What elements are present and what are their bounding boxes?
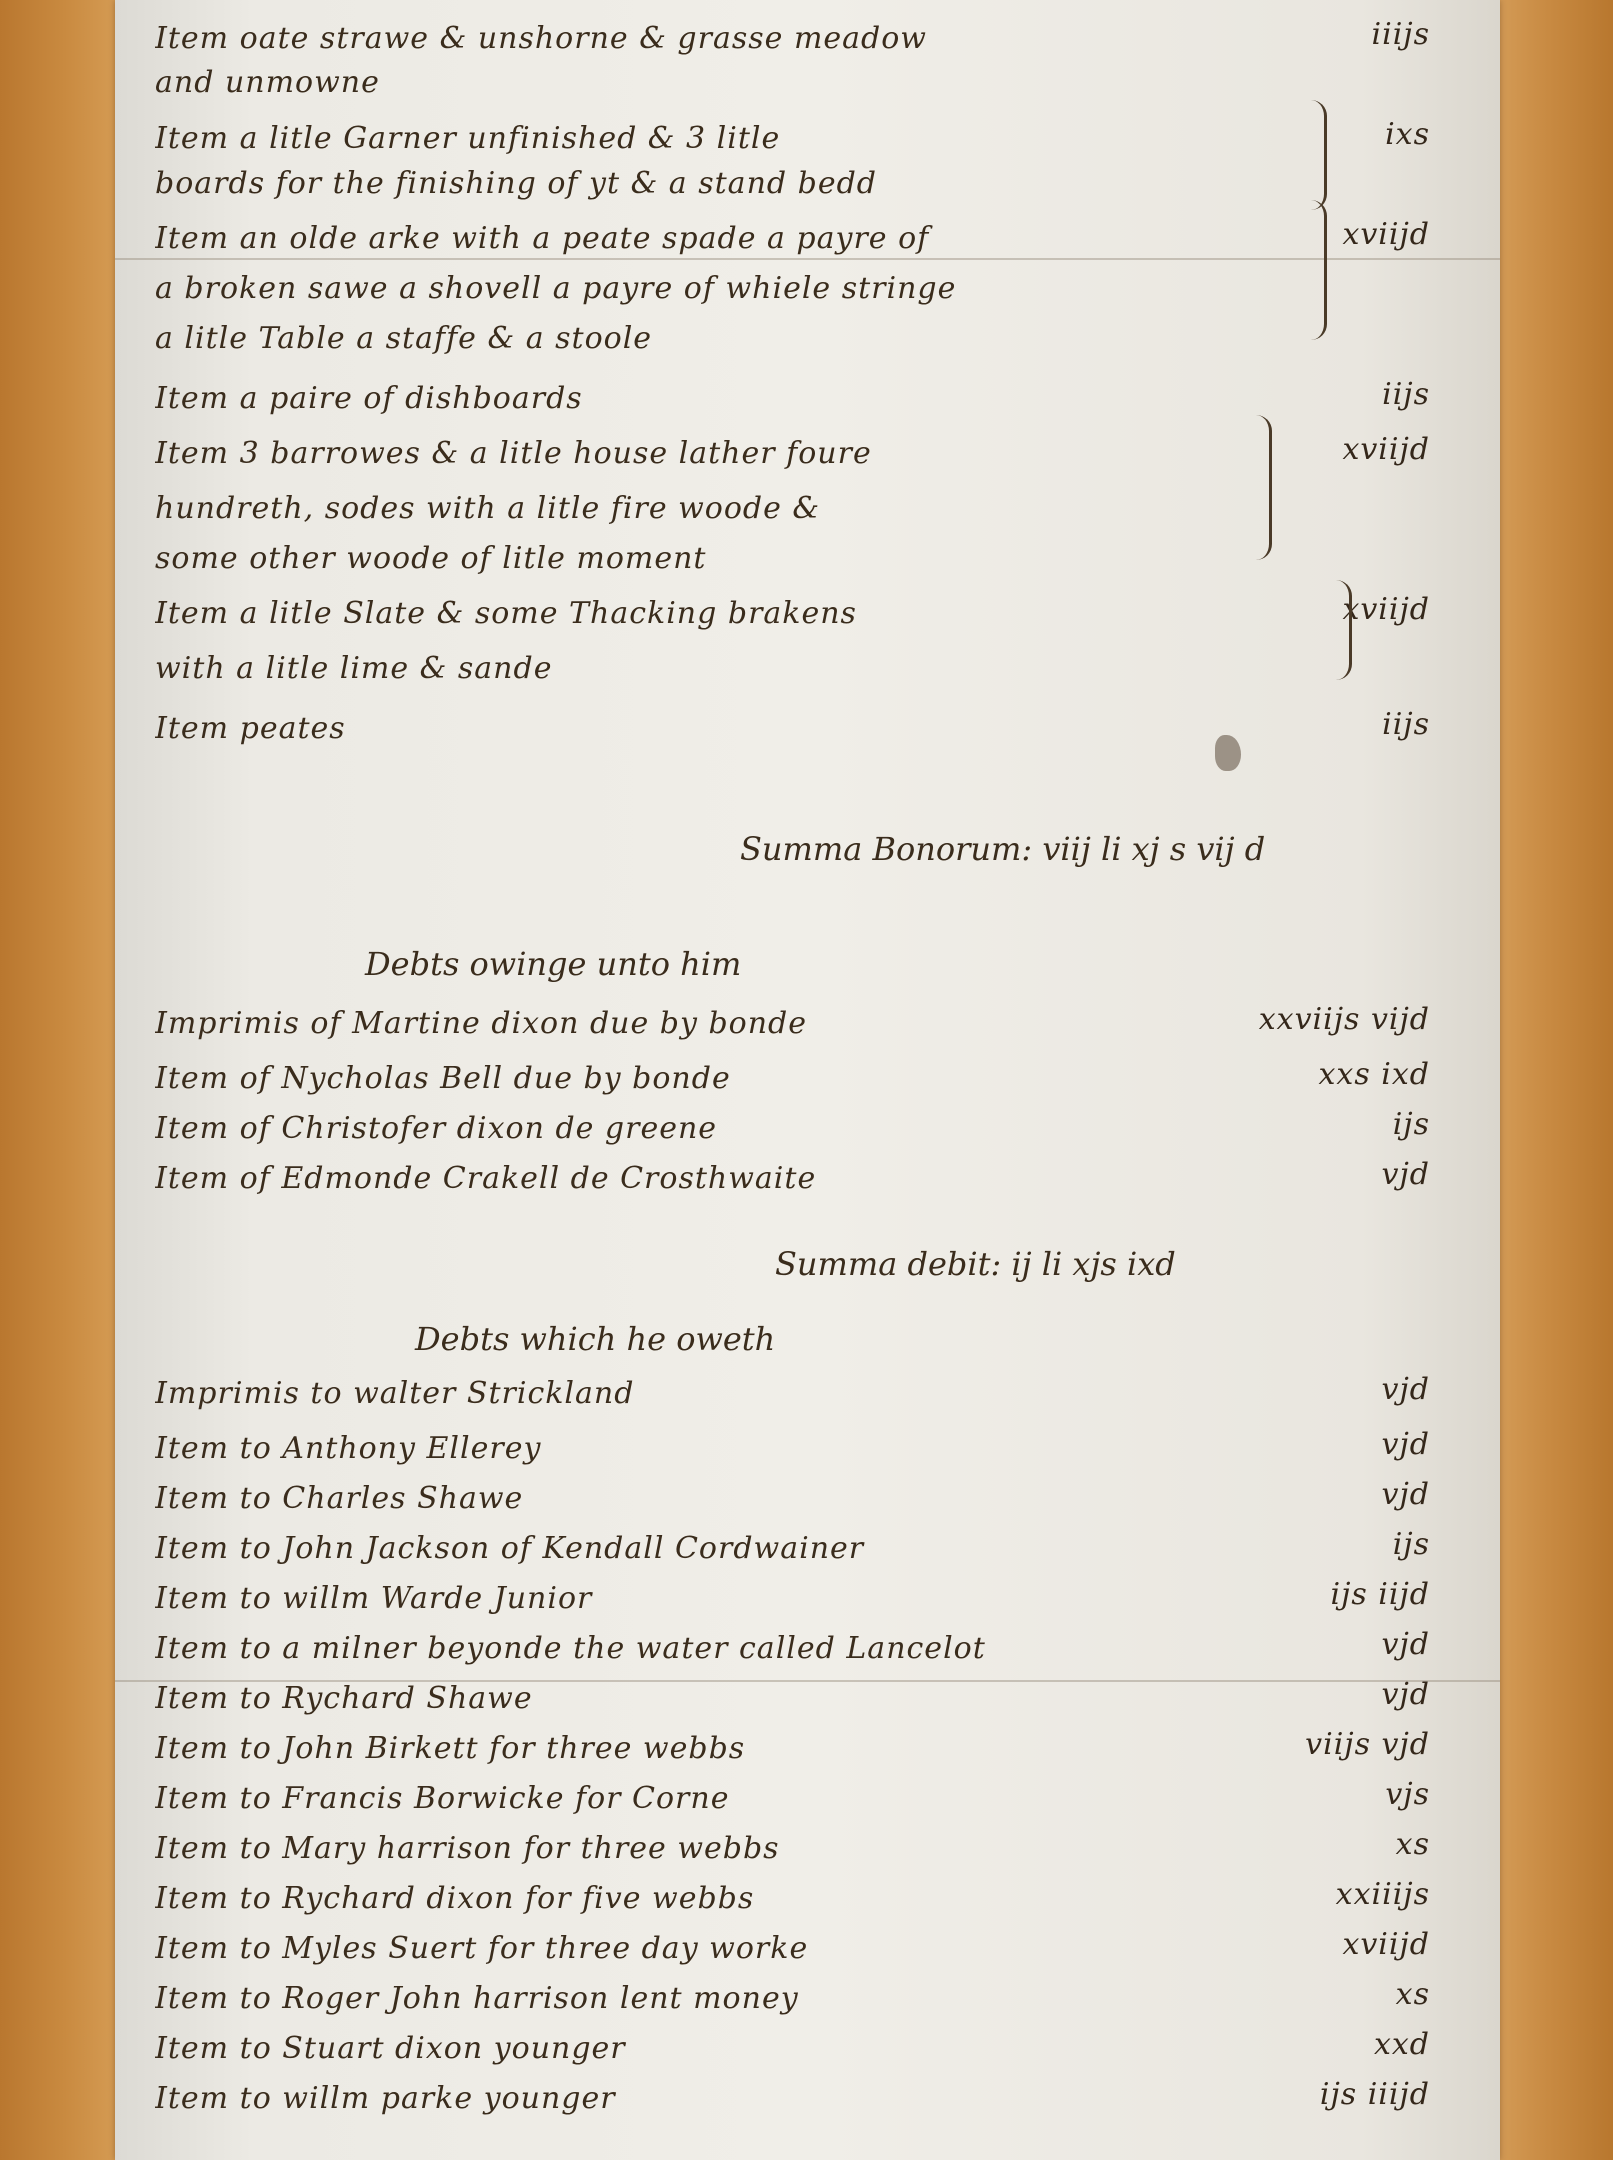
summa-debit: Summa debit: ij li xjs ixd — [775, 1245, 1176, 1283]
debt-line: Item to Mary harrison for three webbsxs — [155, 1820, 1460, 1866]
debt-line: Item to Rychard Shawevjd — [155, 1670, 1460, 1716]
debt-line: Imprimis of Martine dixon due by bondexx… — [155, 995, 1460, 1041]
inventory-line: a litle Table a staffe & a stoole — [155, 310, 1460, 356]
debt-line: Item of Christofer dixon de greeneijs — [155, 1100, 1460, 1146]
debt-line: Item to Anthony Ellereyvjd — [155, 1420, 1460, 1466]
inventory-line: Item a paire of dishboardsiijs — [155, 370, 1460, 416]
debt-line: Item to Roger John harrison lent moneyxs — [155, 1970, 1460, 2016]
inventory-line: a broken sawe a shovell a payre of whiel… — [155, 260, 1460, 306]
bracket — [1310, 100, 1327, 210]
inventory-line: Item an olde arke with a peate spade a p… — [155, 210, 1460, 256]
section-heading-debts-he-oweth: Debts which he oweth — [415, 1320, 775, 1358]
debt-line: Item to John Jackson of Kendall Cordwain… — [155, 1520, 1460, 1566]
debt-line: Item to Charles Shawevjd — [155, 1470, 1460, 1516]
debt-line: Item to Myles Suert for three day workex… — [155, 1920, 1460, 1966]
manuscript-page: Item oate strawe & unshorne & grasse mea… — [115, 0, 1500, 2160]
debt-line: Item to willm Warde Juniorijs iijd — [155, 1570, 1460, 1616]
debt-line: Item to willm parke youngerijs iiijd — [155, 2070, 1460, 2116]
debt-line: Item to a milner beyonde the water calle… — [155, 1620, 1460, 1666]
debt-line: Imprimis to walter Stricklandvjd — [155, 1365, 1460, 1411]
inventory-line: boards for the finishing of yt & a stand… — [155, 155, 1460, 201]
debt-line: Item of Edmonde Crakell de Crosthwaitevj… — [155, 1150, 1460, 1196]
bracket — [1335, 580, 1352, 680]
summa-bonorum: Summa Bonorum: viij li xj s vij d — [740, 830, 1265, 868]
inventory-line: and unmowne — [155, 54, 1460, 100]
section-heading-debts-owing: Debts owinge unto him — [365, 945, 741, 983]
bracket — [1310, 200, 1327, 340]
debt-line: Item to Stuart dixon youngerxxd — [155, 2020, 1460, 2066]
ink-blot — [1215, 735, 1241, 771]
debt-line: Item of Nycholas Bell due by bondexxs ix… — [155, 1050, 1460, 1096]
inventory-line: Item oate strawe & unshorne & grasse mea… — [155, 10, 1460, 56]
debt-line: Item to Rychard dixon for five webbsxxii… — [155, 1870, 1460, 1916]
inventory-line: Item a litle Slate & some Thacking brake… — [155, 585, 1460, 631]
inventory-line: with a litle lime & sande — [155, 640, 1460, 686]
bracket — [1255, 415, 1272, 560]
inventory-line: Item a litle Garner unfinished & 3 litle… — [155, 110, 1460, 156]
inventory-line: Item peatesiijs — [155, 700, 1460, 746]
debt-line: Item to John Birkett for three webbsviij… — [155, 1720, 1460, 1766]
debt-line: Item to Francis Borwicke for Cornevjs — [155, 1770, 1460, 1816]
